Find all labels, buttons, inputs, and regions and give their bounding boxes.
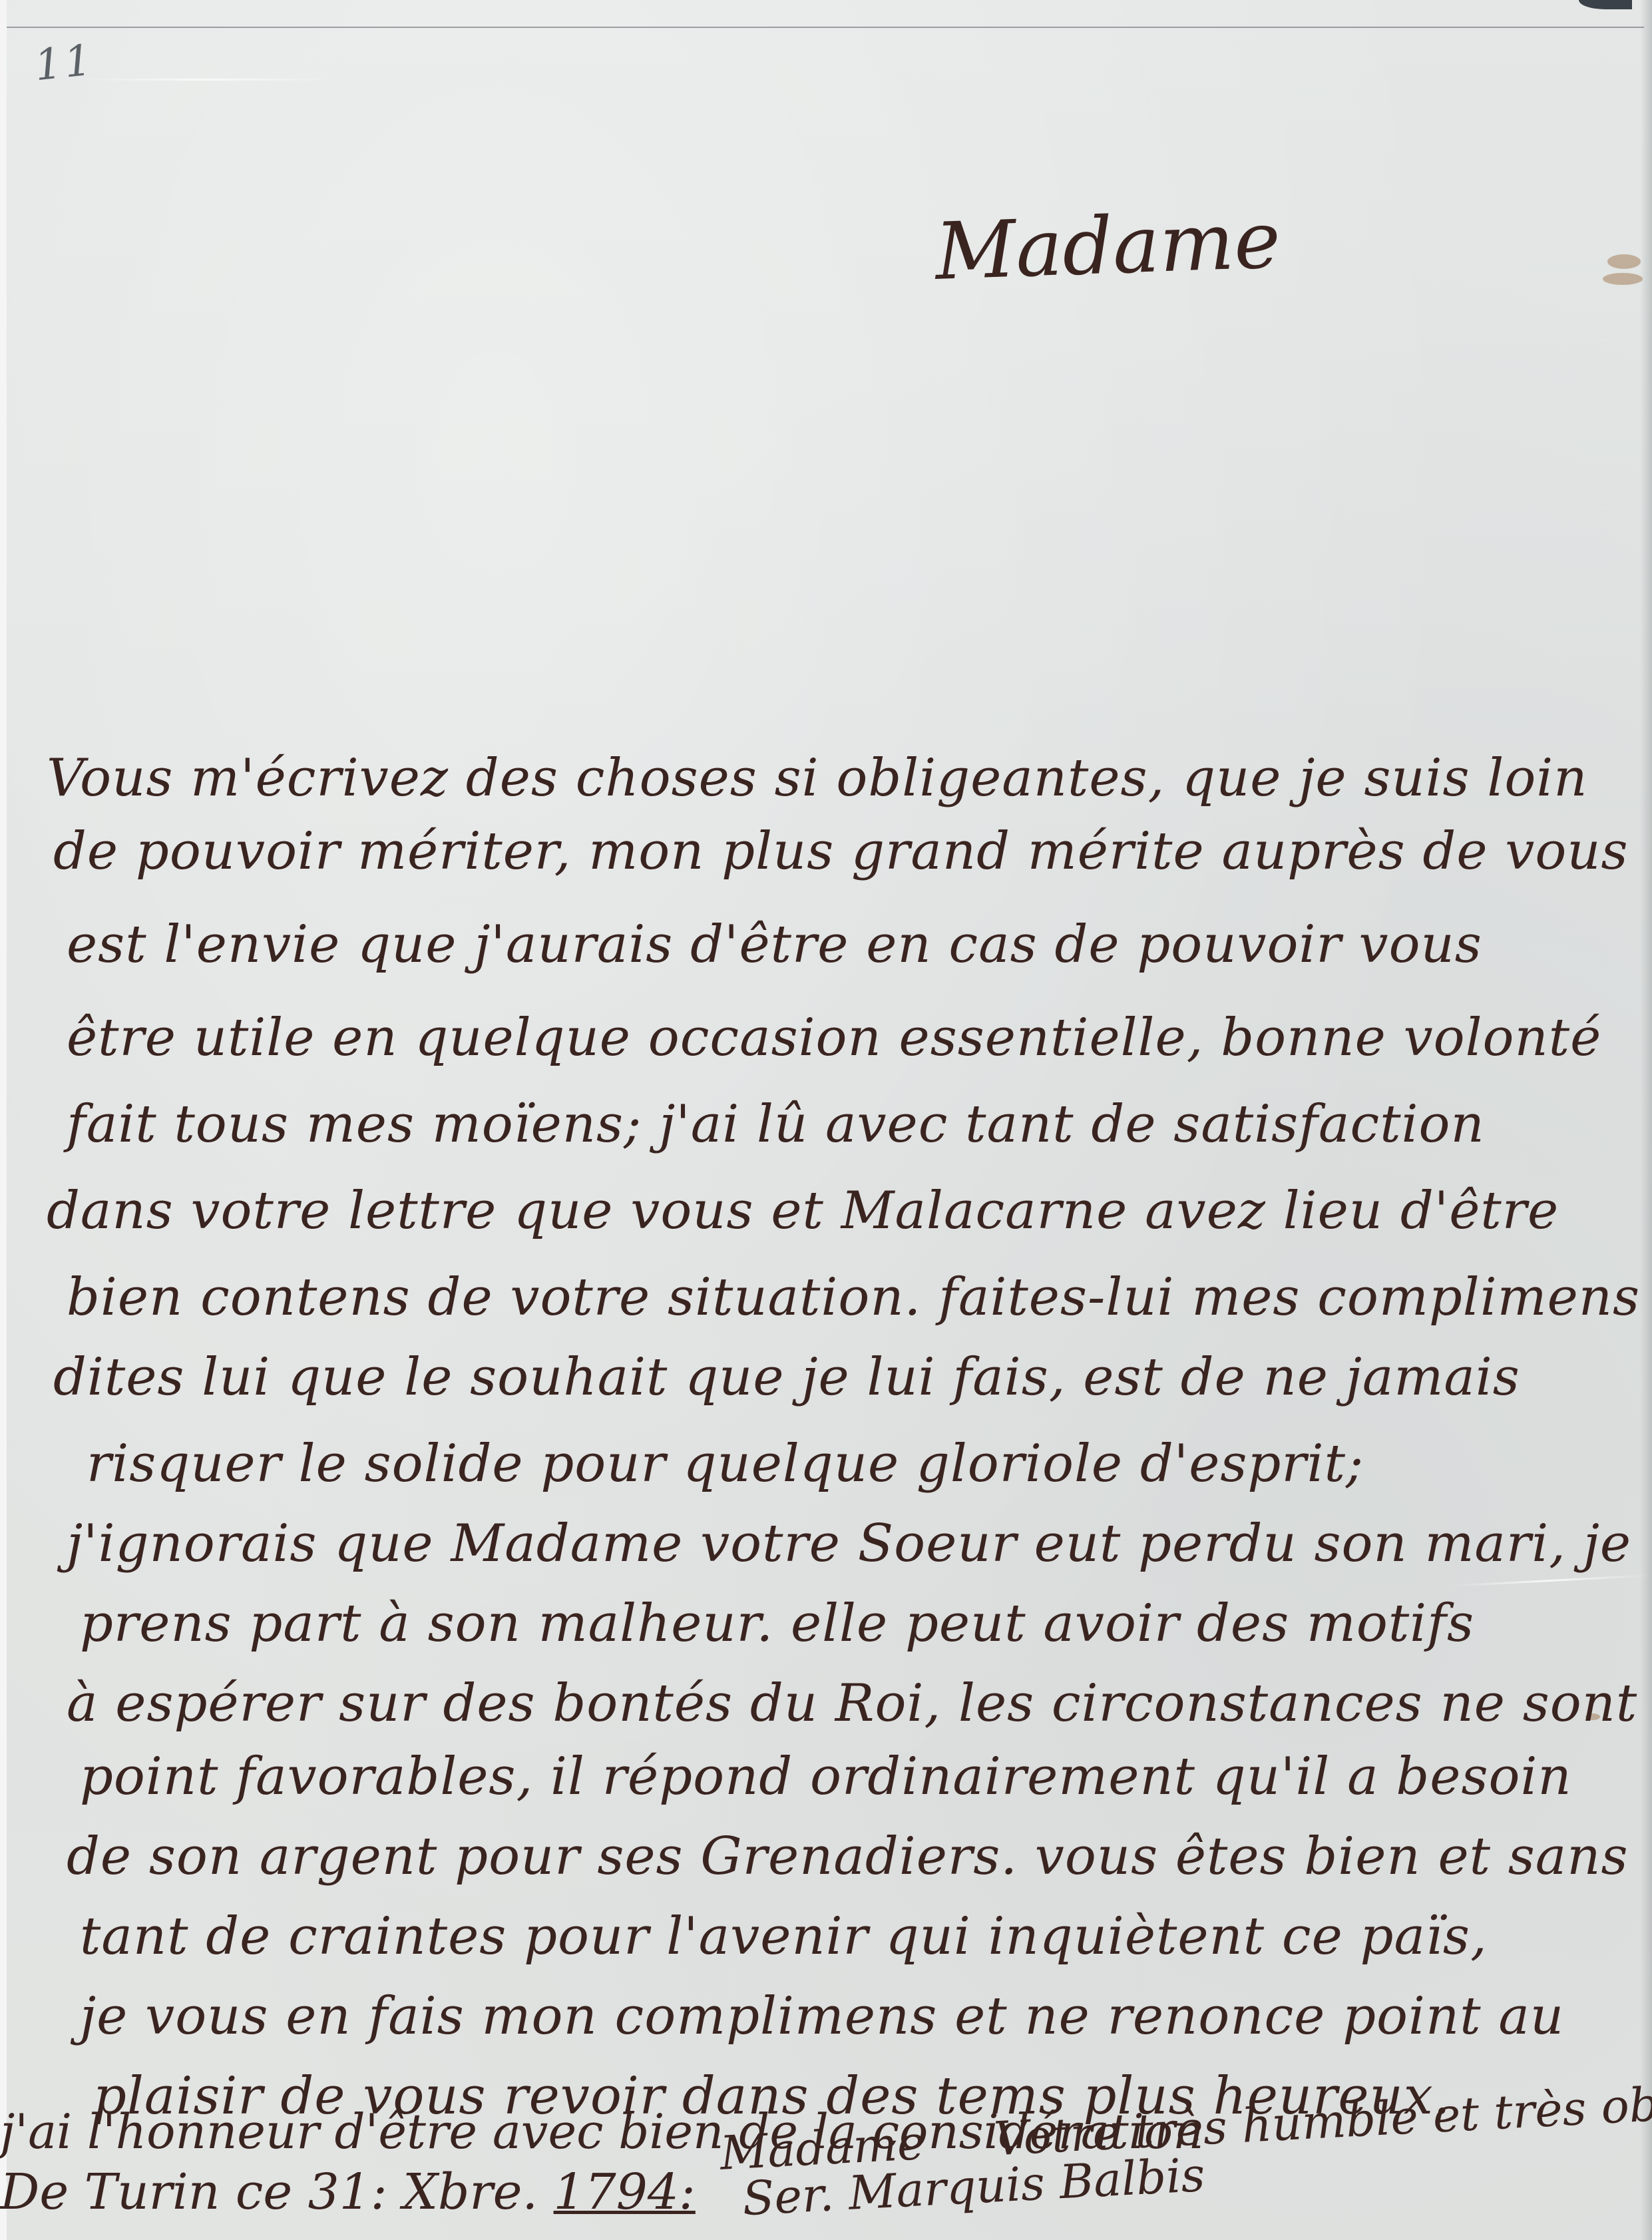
body-line: prens part à son malheur. elle peut avoi… bbox=[80, 1598, 1474, 1650]
body-line: j'ignorais que Madame votre Soeur eut pe… bbox=[67, 1518, 1631, 1570]
paper-crease bbox=[1451, 1574, 1651, 1587]
salutation: Madame bbox=[934, 194, 1282, 298]
body-line: être utile en quelque occasion essentiel… bbox=[67, 1012, 1601, 1064]
body-line: fait tous mes moïens; j'ai lû avec tant … bbox=[67, 1098, 1485, 1150]
body-line: de pouvoir mériter, mon plus grand mérit… bbox=[53, 825, 1629, 877]
body-line: Vous m'écrivez des choses si obligeantes… bbox=[47, 752, 1587, 804]
paper-corner-shadow bbox=[1579, 0, 1632, 9]
paper-crease bbox=[80, 79, 333, 81]
fold-line bbox=[7, 27, 1644, 28]
paper-left-edge bbox=[0, 0, 7, 2240]
body-line: bien contens de votre situation. faites-… bbox=[67, 1271, 1640, 1323]
date-year: 1794: bbox=[554, 2163, 696, 2221]
body-line: de son argent pour ses Grenadiers. vous … bbox=[67, 1831, 1629, 1883]
body-line: est l'envie que j'aurais d'être en cas d… bbox=[67, 919, 1482, 971]
body-line: à espérer sur des bontés du Roi, les cir… bbox=[67, 1678, 1637, 1729]
body-line: dites lui que le souhait que je lui fais… bbox=[53, 1351, 1520, 1403]
paper-right-edge bbox=[1640, 0, 1652, 2240]
body-line: je vous en fais mon complimens et ne ren… bbox=[80, 1990, 1564, 2042]
letter-paper: 11 Madame Vous m'écrivez des choses si o… bbox=[0, 0, 1652, 2240]
body-line: point favorables, il répond ordinairemen… bbox=[80, 1751, 1572, 1803]
body-line: tant de craintes pour l'avenir qui inqui… bbox=[80, 1910, 1488, 1962]
date-line: De Turin ce 31: Xbre. 1794: bbox=[0, 2163, 696, 2221]
body-line: dans votre lettre que vous et Malacarne … bbox=[47, 1185, 1559, 1237]
paper-stain bbox=[1603, 273, 1643, 285]
folio-number: 11 bbox=[32, 36, 97, 91]
paper-stain bbox=[1607, 254, 1641, 269]
place-date: De Turin ce 31: Xbre. bbox=[0, 2163, 538, 2221]
body-line: risquer le solide pour quelque gloriole … bbox=[87, 1438, 1364, 1490]
